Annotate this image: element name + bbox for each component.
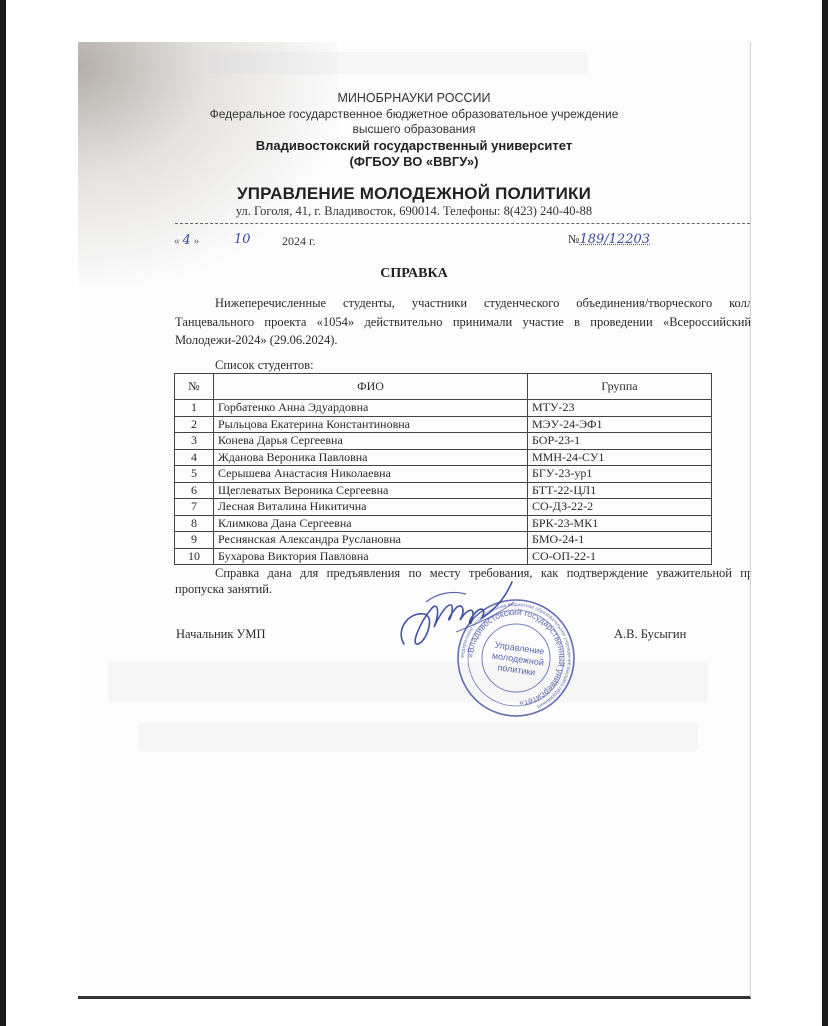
table-row: 10Бухарова Виктория ПавловнаСО-ОП-22-1 [175,548,712,565]
department-name: УПРАВЛЕНИЕ МОЛОДЕЖНОЙ ПОЛИТИКИ [78,184,750,204]
table-header-row: № ФИО Группа [175,374,712,400]
students-table: № ФИО Группа 1Горбатенко Анна Эдуардовна… [174,373,712,565]
table-row: 9Реснянская Александра РуслановнаБМО-24-… [175,532,712,549]
date-day-value: 4 [183,233,191,248]
row-number: 3 [175,433,214,450]
table-row: 5Серышева Анастасия НиколаевнаБГУ-23-ур1 [175,466,712,483]
table-row: 1Горбатенко Анна ЭдуардовнаМТУ-23 [175,400,712,417]
row-number: 10 [175,548,214,565]
bleed-through-artifact [108,662,708,702]
student-group: СО-ОП-22-1 [528,548,712,565]
row-number: 7 [175,499,214,516]
student-group: БОР-23-1 [528,433,712,450]
header-divider [175,223,751,224]
table-row: 2Рыльцова Екатерина КонстантиновнаМЭУ-24… [175,416,712,433]
row-number: 1 [175,400,214,417]
student-list-label: Список студентов: [215,358,314,373]
table-row: 7Лесная Виталина НикитичнаСО-ДЗ-22-2 [175,499,712,516]
document-number: №189/12203 [568,232,650,247]
row-number: 9 [175,532,214,549]
table-row: 6Щеглеватых Вероника СергеевнаБТТ-22-ЦЛ1 [175,482,712,499]
date-month-value: 10 [234,232,251,247]
student-group: МТУ-23 [528,400,712,417]
university-name: Владивостокский государственный универси… [78,138,750,153]
viewer-frame-left [0,0,6,1026]
signatory-position: Начальник УМП [176,627,266,642]
institution-type-line2: высшего образования [78,122,750,136]
row-number: 8 [175,515,214,532]
student-name: Реснянская Александра Руслановна [214,532,528,549]
body-text: Нижеперечисленные студенты, участники ст… [175,296,751,347]
scanned-document-page: МИНОБРНАУКИ РОССИИ Федеральное государст… [78,42,751,999]
university-short-name: (ФГБОУ ВО «ВВГУ») [78,154,750,169]
date-open-quote: « [174,235,180,247]
student-name: Жданова Вероника Павловна [214,449,528,466]
student-group: БМО-24-1 [528,532,712,549]
bleed-through-artifact [138,722,698,752]
date-year-value: 2024 г. [282,234,316,249]
header-name: ФИО [214,374,528,400]
number-value: 189/12203 [579,232,650,247]
student-name: Климкова Дана Сергеевна [214,515,528,532]
table-row: 3Конева Дарья СергеевнаБОР-23-1 [175,433,712,450]
bleed-through-artifact [208,52,588,74]
table-row: 4Жданова Вероника ПавловнаММН-24-СУ1 [175,449,712,466]
student-name: Рыльцова Екатерина Константиновна [214,416,528,433]
institution-type-line1: Федеральное государственное бюджетное об… [78,107,750,121]
row-number: 5 [175,466,214,483]
student-name: Конева Дарья Сергеевна [214,433,528,450]
header-group: Группа [528,374,712,400]
student-name: Бухарова Виктория Павловна [214,548,528,565]
row-number: 4 [175,449,214,466]
student-name: Горбатенко Анна Эдуардовна [214,400,528,417]
department-address: ул. Гоголя, 41, г. Владивосток, 690014. … [78,204,750,219]
document-title: СПРАВКА [78,266,750,282]
student-name: Лесная Виталина Никитична [214,499,528,516]
row-number: 2 [175,416,214,433]
handwritten-signature-icon [396,572,516,662]
student-name: Щеглеватых Вероника Сергеевна [214,482,528,499]
header-number: № [175,374,214,400]
student-name: Серышева Анастасия Николаевна [214,466,528,483]
student-group: МЭУ-24-ЭФ1 [528,416,712,433]
ministry-name: МИНОБРНАУКИ РОССИИ [78,91,750,105]
row-number: 6 [175,482,214,499]
body-paragraph: Нижеперечисленные студенты, участники ст… [175,294,751,350]
signatory-name: А.В. Бусыгин [614,627,686,642]
student-group: БТТ-22-ЦЛ1 [528,482,712,499]
student-group: СО-ДЗ-22-2 [528,499,712,516]
number-label: № [568,232,579,246]
student-group: ММН-24-СУ1 [528,449,712,466]
date-close-quote: » [194,235,200,247]
date-day-field: « 4 » [174,233,199,248]
student-group: БГУ-23-ур1 [528,466,712,483]
table-row: 8Климкова Дана СергеевнаБРК-23-МК1 [175,515,712,532]
viewer-frame-right [822,0,828,1026]
student-group: БРК-23-МК1 [528,515,712,532]
